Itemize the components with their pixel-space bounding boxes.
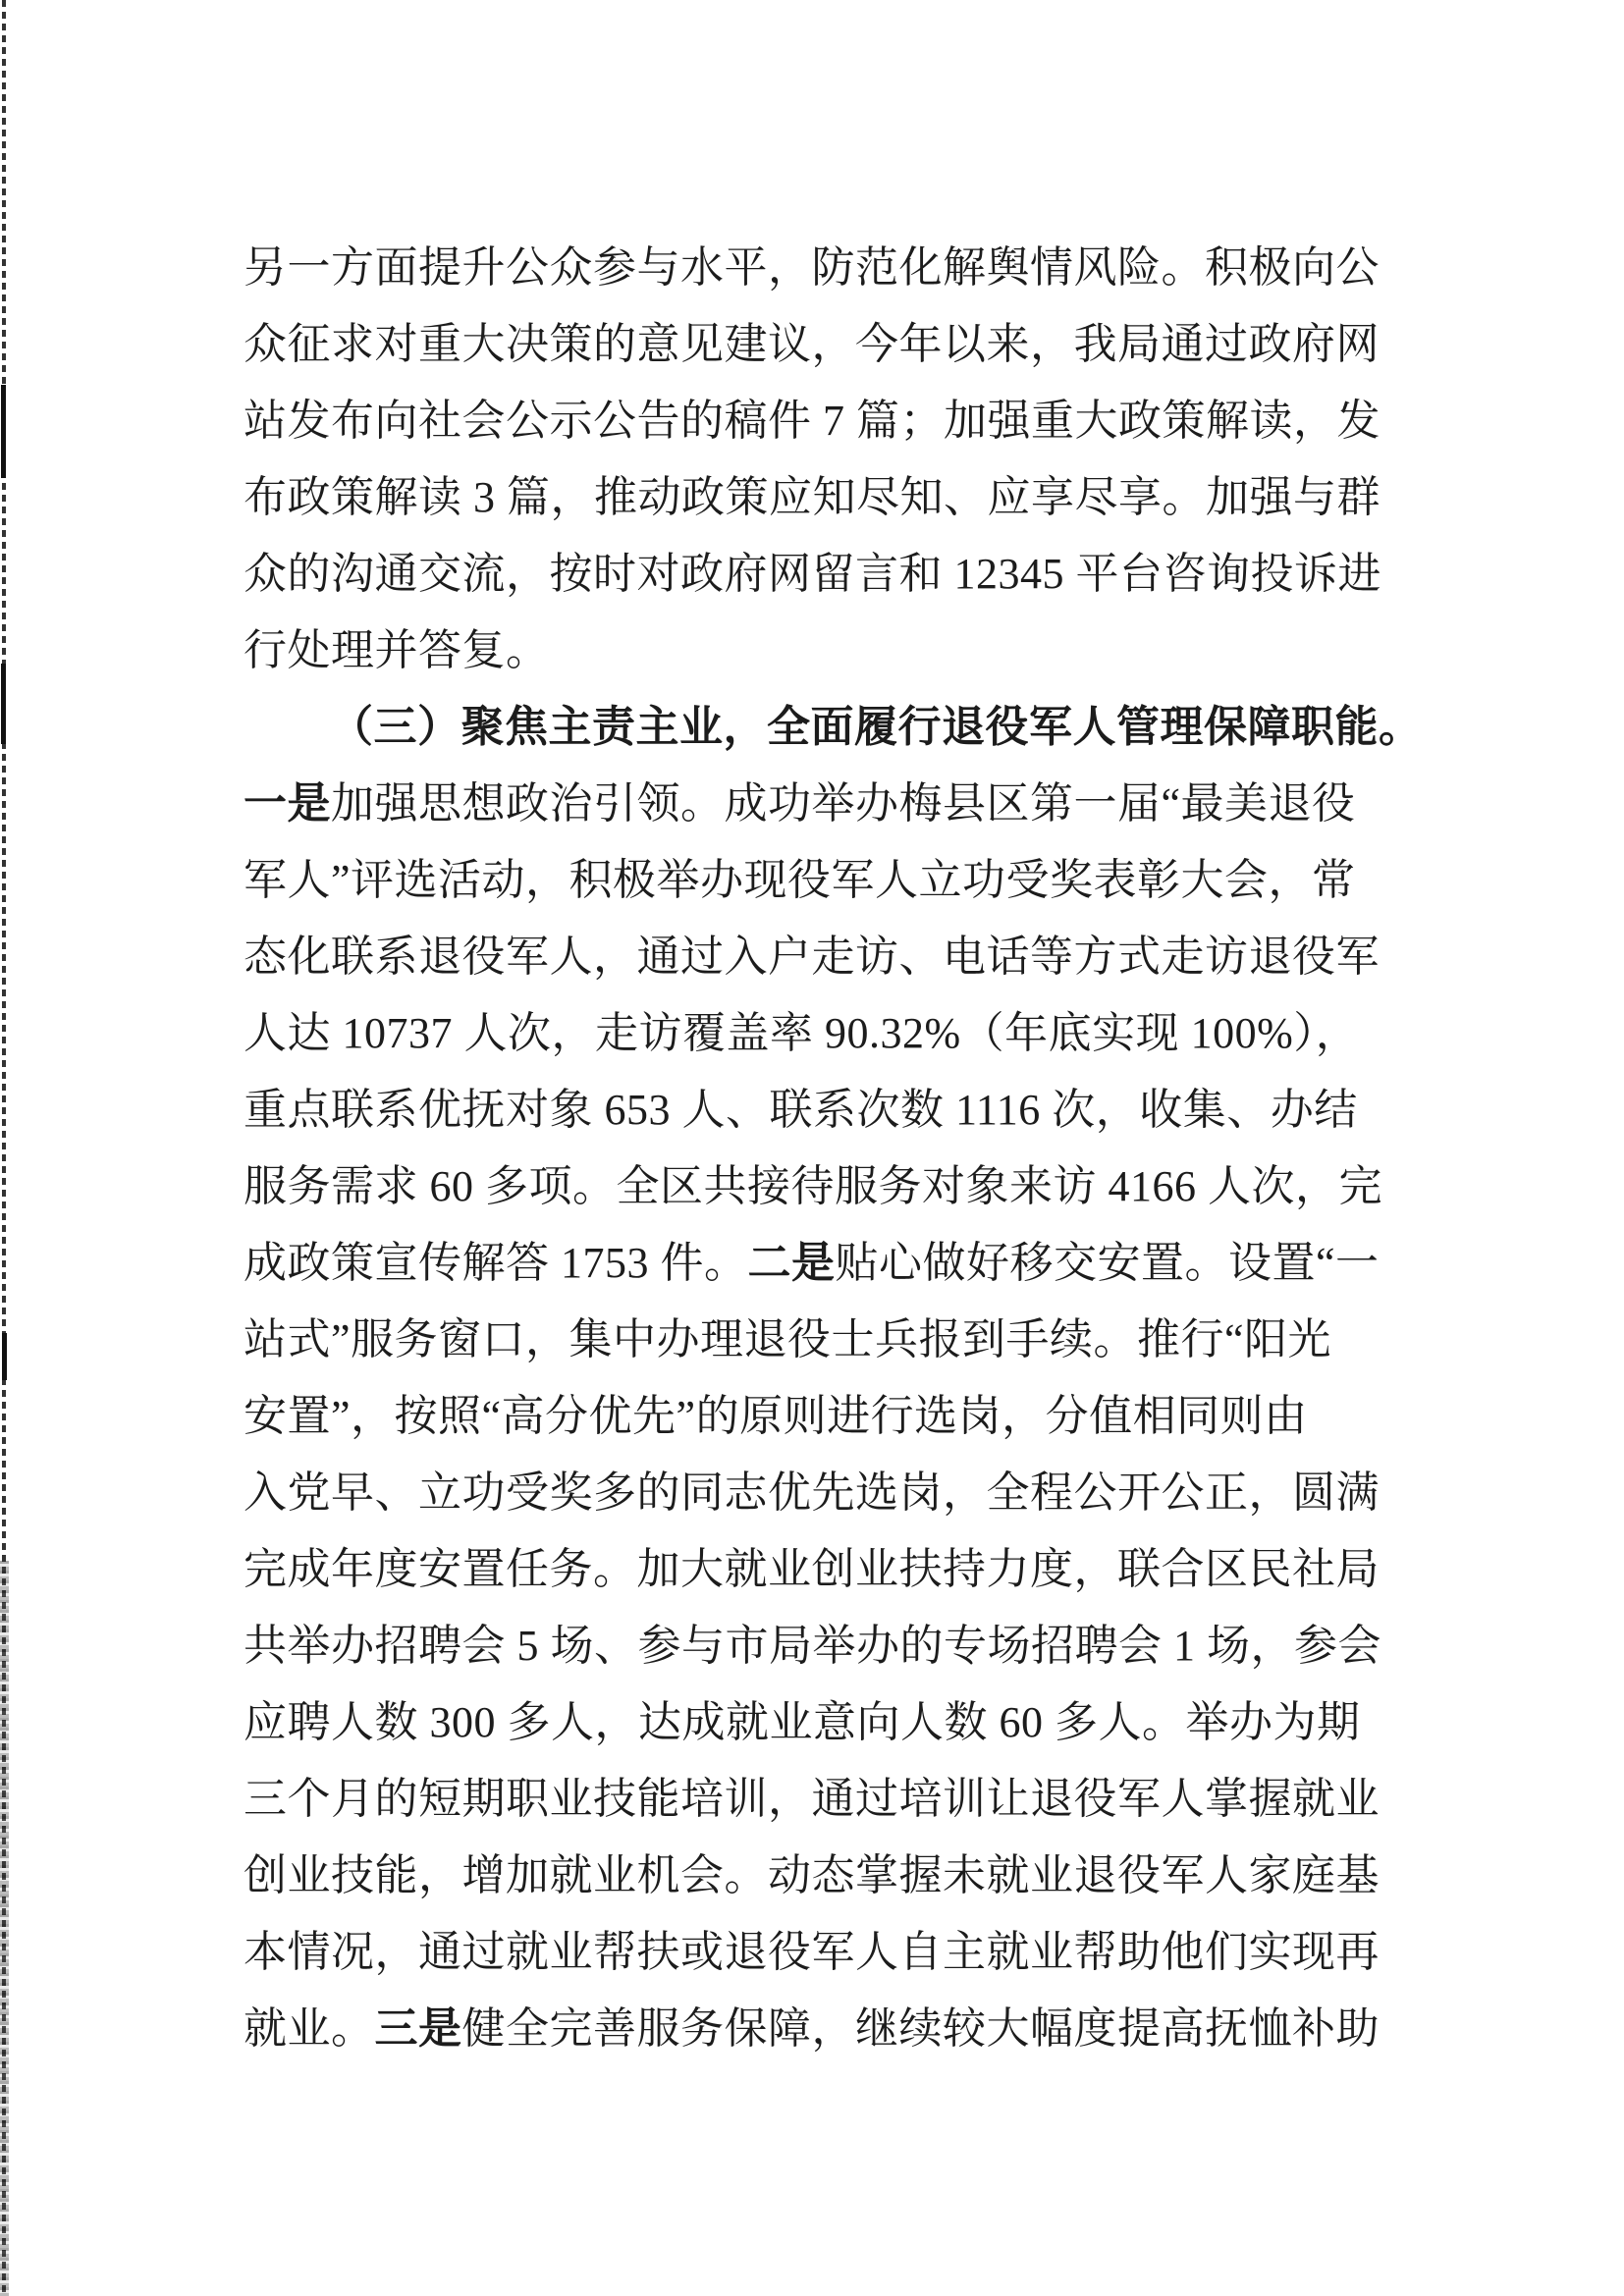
body-line: 行处理并答复。: [244, 613, 1392, 689]
line-text: 完成年度安置任务。加大就业创业扶持力度，联合区民社局: [244, 1545, 1380, 1593]
line-text: 入党早、立功受奖多的同志优先选岗，全程公开公正，圆满: [244, 1468, 1380, 1517]
body-line: 创业技能，增加就业机会。动态掌握未就业退役军人家庭基: [244, 1838, 1392, 1914]
line-text: 就业。: [244, 2004, 375, 2053]
line-text: 站式”服务窗口，集中办理退役士兵报到手续。推行“阳光: [244, 1315, 1331, 1363]
line-text: 贴心做好移交安置。设置“一: [836, 1239, 1380, 1287]
body-line: 共举办招聘会 5 场、参与市局举办的专场招聘会 1 场，参会: [244, 1608, 1392, 1684]
line-text: 加强思想政治引领。成功举办梅县区第一届“最美退役: [331, 779, 1356, 828]
body-line: 就业。三是健全完善服务保障，继续较大幅度提高抚恤补助: [244, 1991, 1392, 2067]
body-line: 三个月的短期职业技能培训，通过培训让退役军人掌握就业: [244, 1761, 1392, 1838]
body-line: 完成年度安置任务。加大就业创业扶持力度，联合区民社局: [244, 1531, 1392, 1608]
line-text: 态化联系退役军人，通过入户走访、电话等方式走访退役军: [244, 933, 1380, 981]
section-heading-text: （三）聚焦主责主业，全面履行退役军人管理保障职能。: [330, 703, 1423, 751]
body-line: 服务需求 60 多项。全区共接待服务对象来访 4166 人次，完: [244, 1148, 1392, 1225]
line-text: 众征求对重大决策的意见建议，今年以来，我局通过政府网: [244, 320, 1380, 368]
line-text: 众的沟通交流，按时对政府网留言和 12345 平台咨询投诉进: [244, 550, 1381, 598]
body-line: 众征求对重大决策的意见建议，今年以来，我局通过政府网: [244, 306, 1392, 383]
body-line: 军人”评选活动，积极举办现役军人立功受奖表彰大会，常: [244, 842, 1392, 919]
body-line: 一是加强思想政治引领。成功举办梅县区第一届“最美退役: [244, 766, 1392, 842]
line-text: 行处理并答复。: [244, 626, 550, 674]
line-text: 军人”评选活动，积极举办现役军人立功受奖表彰大会，常: [244, 856, 1356, 904]
body-line: 布政策解读 3 篇，推动政策应知尽知、应享尽享。加强与群: [244, 459, 1392, 536]
line-text: 健全完善服务保障，继续较大幅度提高抚恤补助: [462, 2004, 1380, 2053]
body-line: 站发布向社会公示公告的稿件 7 篇；加强重大政策解读，发: [244, 383, 1392, 459]
line-text: 重点联系优抚对象 653 人、联系次数 1116 次，收集、办结: [244, 1086, 1358, 1134]
line-text: 应聘人数 300 多人，达成就业意向人数 60 多人。举办为期: [244, 1698, 1361, 1746]
body-line: 成政策宣传解答 1753 件。二是贴心做好移交安置。设置“一: [244, 1225, 1392, 1302]
scan-edge-speckle-band: [0, 1561, 9, 2296]
body-line: 重点联系优抚对象 653 人、联系次数 1116 次，收集、办结: [244, 1072, 1392, 1148]
document-text-block: 另一方面提升公众参与水平，防范化解舆情风险。积极向公 众征求对重大决策的意见建议…: [244, 230, 1392, 2067]
line-text: 安置”，按照“高分优先”的原则进行选岗，分值相同则由: [244, 1392, 1308, 1440]
line-text: 人达 10737 人次，走访覆盖率 90.32%（年底实现 100%），: [244, 1009, 1359, 1057]
section-heading: （三）聚焦主责主业，全面履行退役军人管理保障职能。: [244, 689, 1392, 766]
body-line: 安置”，按照“高分优先”的原则进行选岗，分值相同则由: [244, 1378, 1392, 1455]
body-line: 人达 10737 人次，走访覆盖率 90.32%（年底实现 100%），: [244, 995, 1392, 1072]
line-text: 本情况，通过就业帮扶或退役军人自主就业帮助他们实现再: [244, 1928, 1380, 1976]
emphasis-marker-text: 三是: [375, 2004, 462, 2053]
body-line: 本情况，通过就业帮扶或退役军人自主就业帮助他们实现再: [244, 1914, 1392, 1991]
body-line: 另一方面提升公众参与水平，防范化解舆情风险。积极向公: [244, 230, 1392, 306]
line-text: 创业技能，增加就业机会。动态掌握未就业退役军人家庭基: [244, 1851, 1380, 1899]
body-line: 应聘人数 300 多人，达成就业意向人数 60 多人。举办为期: [244, 1684, 1392, 1761]
emphasis-marker-text: 一是: [244, 779, 331, 828]
line-text: 另一方面提升公众参与水平，防范化解舆情风险。积极向公: [244, 243, 1380, 292]
body-line: 态化联系退役军人，通过入户走访、电话等方式走访退役军: [244, 919, 1392, 995]
scanned-document-page: 另一方面提升公众参与水平，防范化解舆情风险。积极向公 众征求对重大决策的意见建议…: [0, 0, 1624, 2296]
scan-edge-solid-segment: [1, 385, 6, 478]
line-text: 三个月的短期职业技能培训，通过培训让退役军人掌握就业: [244, 1775, 1380, 1823]
body-line: 入党早、立功受奖多的同志优先选岗，全程公开公正，圆满: [244, 1455, 1392, 1531]
line-text: 服务需求 60 多项。全区共接待服务对象来访 4166 人次，完: [244, 1162, 1382, 1210]
line-text: 共举办招聘会 5 场、参与市局举办的专场招聘会 1 场，参会: [244, 1622, 1381, 1670]
line-text: 站发布向社会公示公告的稿件 7 篇；加强重大政策解读，发: [244, 397, 1380, 445]
scan-edge-artifact: [0, 0, 12, 2296]
emphasis-marker-text: 二是: [748, 1239, 836, 1287]
body-line: 众的沟通交流，按时对政府网留言和 12345 平台咨询投诉进: [244, 536, 1392, 613]
body-line: 站式”服务窗口，集中办理退役士兵报到手续。推行“阳光: [244, 1302, 1392, 1378]
scan-edge-solid-segment: [2, 1333, 7, 1380]
scan-edge-solid-segment: [1, 664, 6, 744]
line-text: 成政策宣传解答 1753 件。: [244, 1239, 748, 1287]
line-text: 布政策解读 3 篇，推动政策应知尽知、应享尽享。加强与群: [244, 473, 1380, 521]
